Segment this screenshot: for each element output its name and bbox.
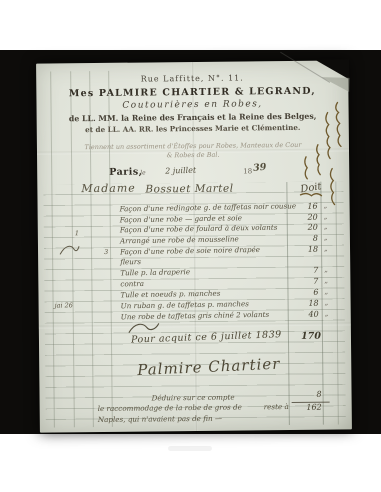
page: { "header": { "address": "Rue Laffitte, … <box>0 0 381 492</box>
ledger-row-amount: 40 <box>291 310 319 319</box>
ledger-row-text: Façon d'une robe de foulard à deux volan… <box>120 222 296 234</box>
ditto-mark: „ <box>325 310 335 318</box>
ledger-row-text: fleurs <box>120 254 296 266</box>
margin-note: jai 26 <box>55 301 73 309</box>
product-photo-background: Rue Laffitte, N°. 11. Mes PALMIRE CHARTI… <box>0 50 381 434</box>
ledger-row-amount: 18 <box>291 299 319 308</box>
ledger-row-text: Arrangé une robe de mousseline <box>120 233 296 245</box>
margin-note: 1 <box>75 229 79 237</box>
ledger-row-text: contra <box>120 276 296 288</box>
ledger-row-text: Un ruban g. de taffetas p. manches <box>121 298 297 310</box>
deduction-amount-1: 8 <box>296 390 322 399</box>
dateline-day-handwritten: 2 juillet <box>165 166 196 176</box>
ditto-mark: „ <box>324 277 334 285</box>
ditto-mark: „ <box>324 245 334 253</box>
ledger-row-amount: 6 <box>290 288 318 297</box>
margin-note: 3 <box>104 248 108 256</box>
ledger-row-amount: 7 <box>290 277 318 286</box>
ditto-mark: „ <box>324 223 334 231</box>
ledger-row-amount: 18 <box>290 245 318 254</box>
ledger-row-text: Façon d'une redingote g. de taffetas noi… <box>120 201 296 213</box>
deduction-line-3: Naples, qui n'avaient pas de fin — <box>98 414 222 424</box>
ditto-mark: „ <box>324 288 334 296</box>
deduction-amount-2: 162 <box>296 403 322 412</box>
signature: Palmire Chartier <box>137 355 281 379</box>
customer-salutation: Madame <box>81 182 136 196</box>
margin-ink-annotation-icon <box>291 98 346 219</box>
ledger-row-text: Tulle et noeuds p. manches <box>120 287 296 299</box>
photo-smudge <box>168 446 212 451</box>
deduction-reste-label: reste à <box>264 402 289 411</box>
ledger-row-amount: 7 <box>290 266 318 275</box>
letterhead-address: Rue Laffitte, N°. 11. <box>36 72 348 84</box>
pen-flourish-icon <box>127 320 161 334</box>
dateline-le: le <box>140 170 146 177</box>
ledger-row-amount: 20 <box>290 223 318 232</box>
ledger-row-text: Tulle p. la draperie <box>120 265 296 277</box>
ditto-mark: „ <box>324 266 334 274</box>
pen-flourish-icon <box>58 241 80 257</box>
dateline-year-handwritten: 39 <box>253 162 267 174</box>
letterhead-firm-name: Mes PALMIRE CHARTIER & LEGRAND, <box>36 85 348 99</box>
deduction-line-2: le raccommodage de la robe de gros de <box>98 403 242 414</box>
ditto-mark: „ <box>325 299 335 307</box>
ditto-mark: „ <box>324 234 334 242</box>
deduction-line-1: Déduire sur ce compte <box>152 393 235 403</box>
dateline-year-printed: 18 <box>243 167 252 175</box>
total-amount: 170 <box>287 331 321 342</box>
ledger-row-amount: 8 <box>290 234 318 243</box>
customer-name: Bossuet Martel <box>145 183 233 196</box>
dateline-city: Paris, <box>109 167 142 178</box>
invoice-paper: Rue Laffitte, N°. 11. Mes PALMIRE CHARTI… <box>36 60 352 432</box>
